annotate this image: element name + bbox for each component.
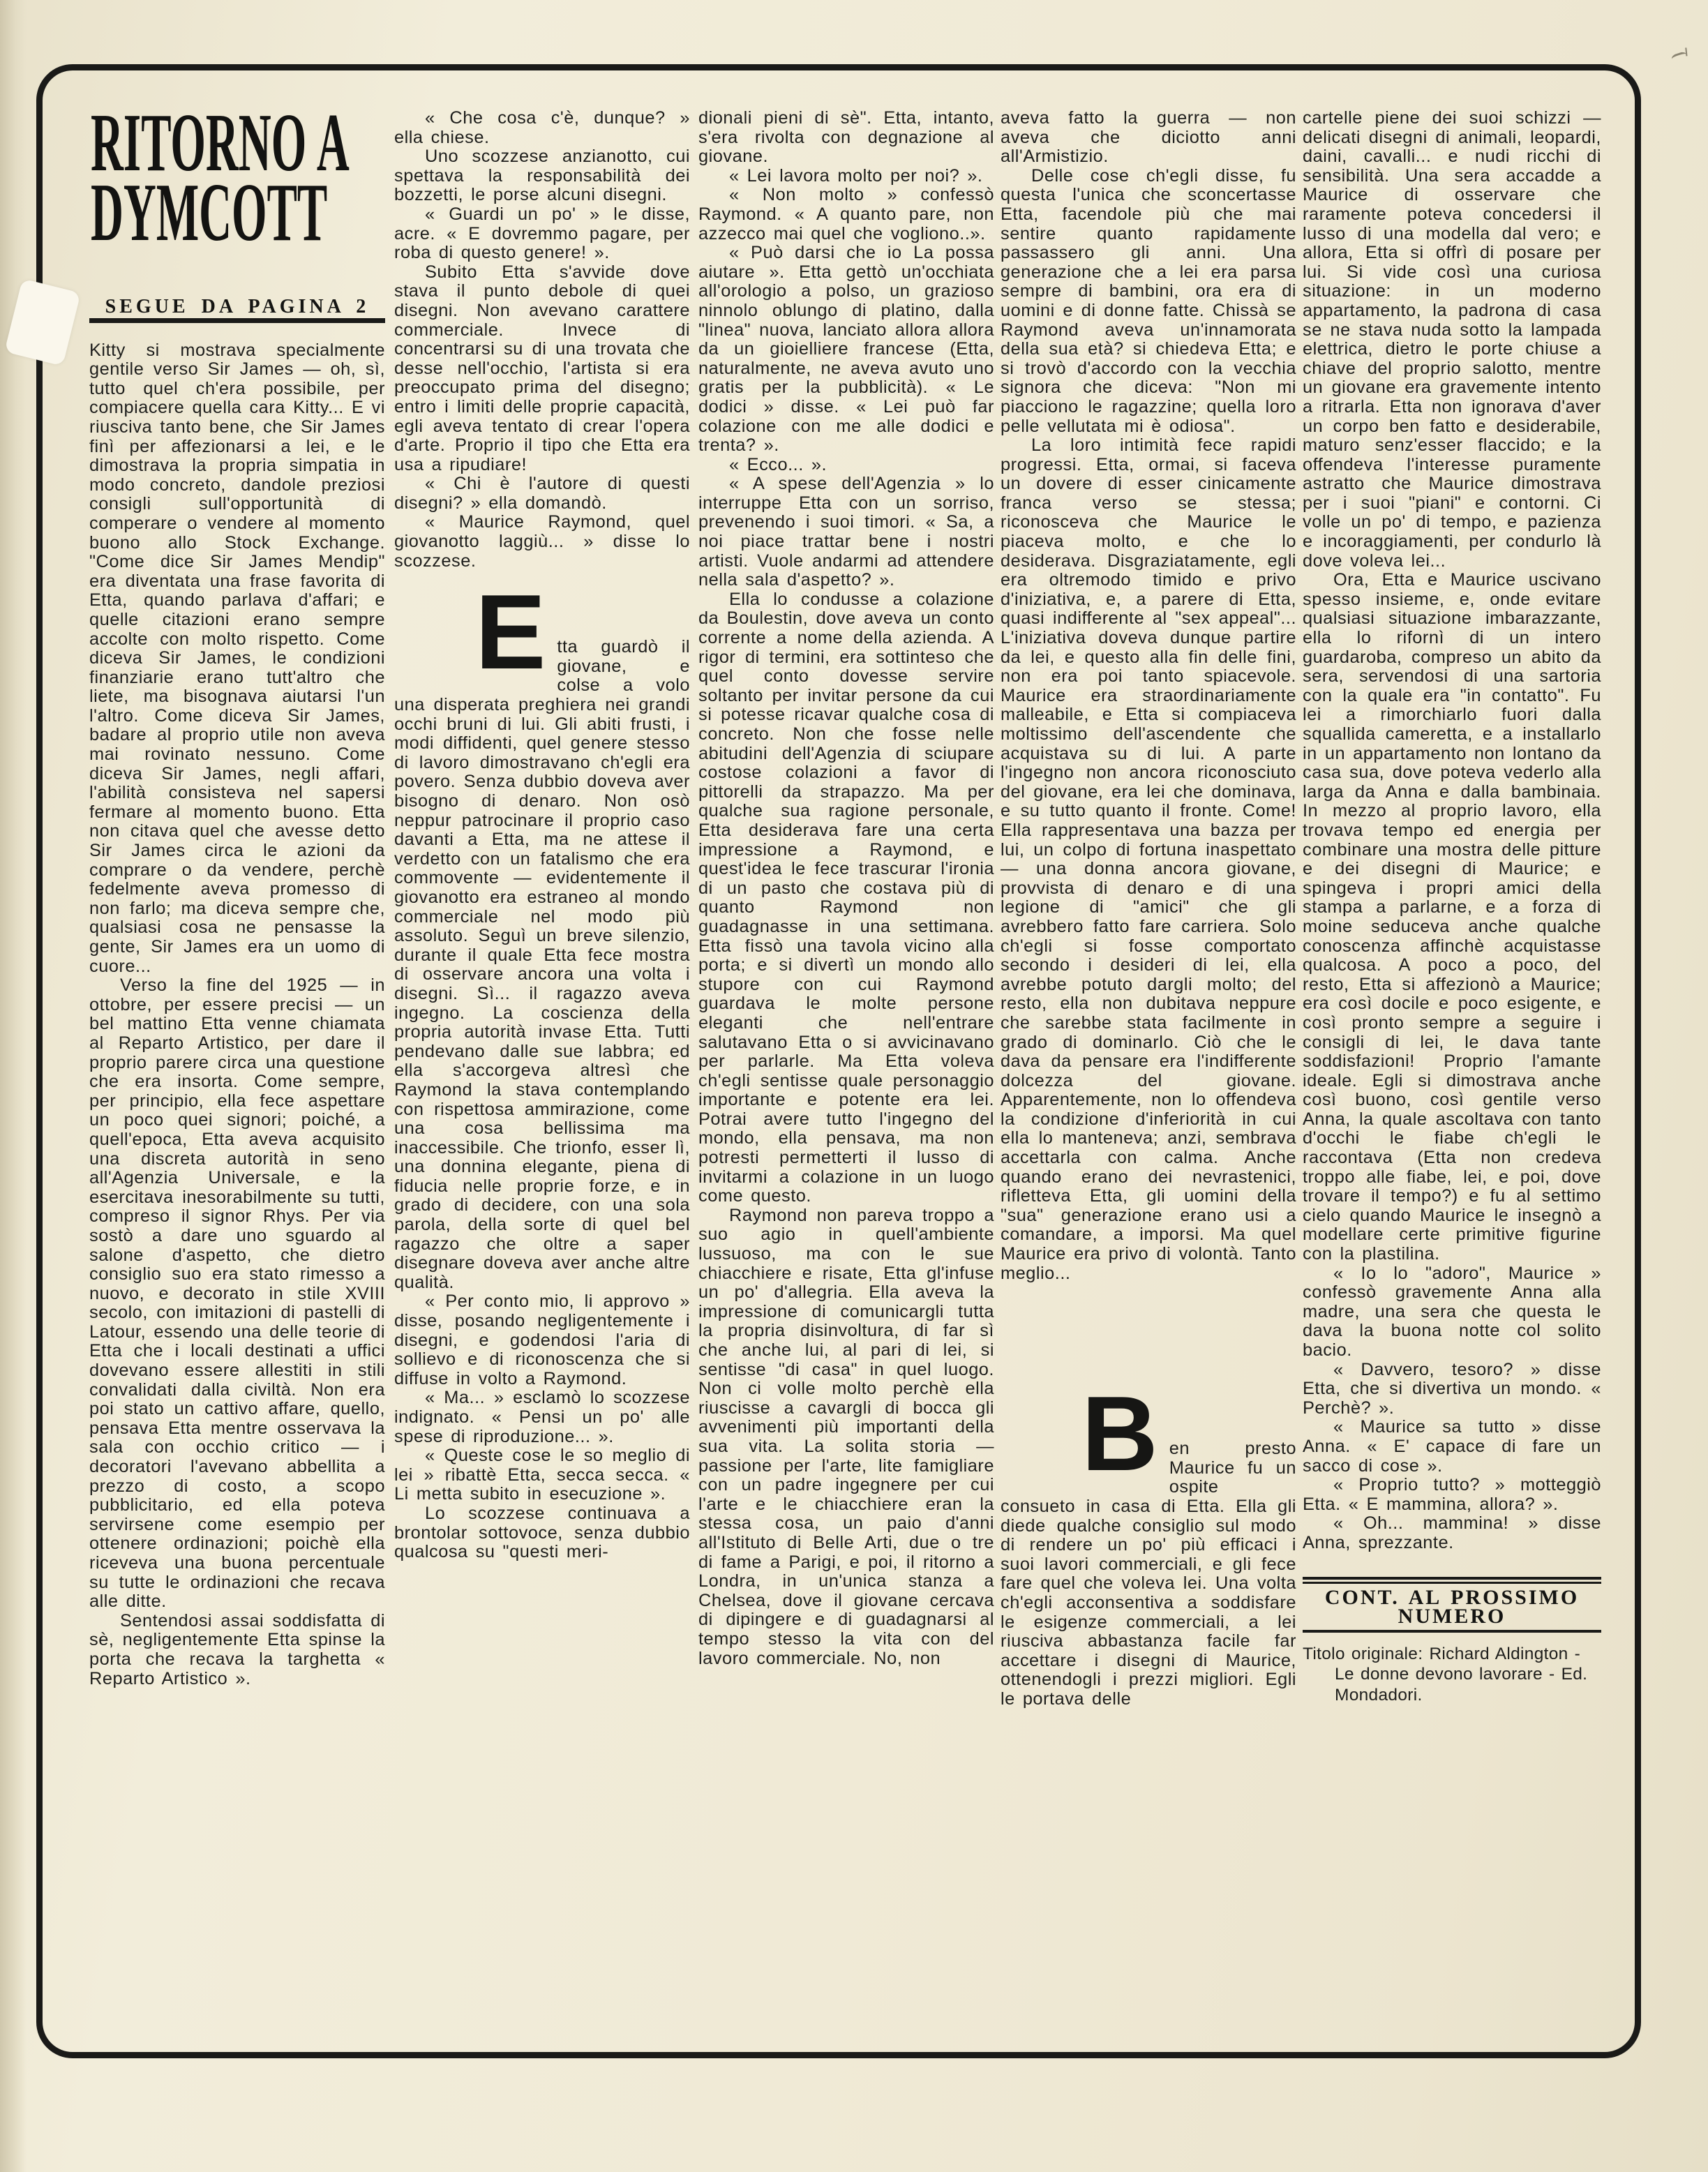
continuation-note-rule bbox=[89, 318, 385, 323]
paragraph: « Maurice sa tutto » disse Anna. « E' ca… bbox=[1303, 1418, 1601, 1476]
paragraph: Raymond non pareva troppo a suo agio in … bbox=[698, 1206, 994, 1668]
paragraph: « Maurice Raymond, quel giovanotto laggi… bbox=[394, 513, 690, 571]
paragraph: « Non molto » confessò Raymond. « A quan… bbox=[698, 186, 994, 244]
paragraph: « Chi è l'autore di questi disegni? » el… bbox=[394, 474, 690, 513]
footer-double-rule bbox=[1303, 1577, 1601, 1584]
paragraph: « Ma... » esclamò lo scozzese indignato.… bbox=[394, 1388, 690, 1446]
continuation-note: SEGUE DA PAGINA 2 bbox=[89, 297, 385, 323]
dropcap-letter: B bbox=[1081, 1381, 1158, 1420]
paragraph: « Ecco... ». bbox=[698, 456, 994, 475]
dropcap-paragraph: Ben presto Maurice fu un ospite consueto… bbox=[1001, 1439, 1296, 1709]
paragraph: Kitty si mostrava specialmente gentile v… bbox=[89, 341, 385, 977]
original-title-credit: Titolo originale: Richard Aldington - Le… bbox=[1303, 1644, 1601, 1706]
paragraph-text: tta guardò il giovane, e colse a volo un… bbox=[394, 637, 690, 1292]
paragraph: aveva fatto la guerra — non aveva che di… bbox=[1001, 109, 1296, 167]
text-column-1: RITORNO A DYMCOTT SEGUE DA PAGINA 2 Kitt… bbox=[89, 82, 385, 2018]
paragraph: La loro intimità fece rapidi progressi. … bbox=[1001, 436, 1296, 1283]
paragraph: Subito Etta s'avvide dove stava il punto… bbox=[394, 263, 690, 475]
continuation-footer-label: CONT. AL PROSSIMO NUMERO bbox=[1303, 1584, 1601, 1630]
article-footer: CONT. AL PROSSIMO NUMERO Titolo original… bbox=[1303, 1577, 1601, 1706]
paragraph: Delle cose ch'egli disse, fu questa l'un… bbox=[1001, 167, 1296, 436]
column-2-text-flow: « Che cosa c'è, dunque? » ella chiese.Un… bbox=[394, 109, 690, 1562]
column-4-text-flow: aveva fatto la guerra — non aveva che di… bbox=[1001, 109, 1296, 1709]
text-column-2: « Che cosa c'è, dunque? » ella chiese.Un… bbox=[394, 109, 690, 2018]
magazine-page: RITORNO A DYMCOTT SEGUE DA PAGINA 2 Kitt… bbox=[0, 0, 1708, 2172]
text-column-3: dionali pieni di sè". Etta, intanto, s'e… bbox=[698, 109, 994, 2018]
article-title: RITORNO A DYMCOTT bbox=[91, 106, 385, 246]
footer-rule bbox=[1303, 1630, 1601, 1633]
text-column-5: cartelle piene dei suoi schizzi — delica… bbox=[1303, 109, 1601, 2018]
text-column-4: aveva fatto la guerra — non aveva che di… bbox=[1001, 109, 1296, 2018]
paragraph: Uno scozzese anzianotto, cui spettava la… bbox=[394, 147, 690, 205]
paragraph: « Oh... mammina! » disse Anna, sprezzant… bbox=[1303, 1514, 1601, 1552]
continuation-note-label: SEGUE DA PAGINA 2 bbox=[89, 297, 385, 317]
column-1-text-flow: Kitty si mostrava specialmente gentile v… bbox=[89, 341, 385, 1689]
paragraph: Ella lo condusse a colazione da Boulesti… bbox=[698, 590, 994, 1206]
article-title-line-2: DYMCOTT bbox=[91, 176, 262, 250]
paragraph: « Queste cose le so meglio di lei » riba… bbox=[394, 1446, 690, 1504]
pen-mark-artifact bbox=[1671, 51, 1688, 64]
paragraph: Ora, Etta e Maurice uscivano spesso insi… bbox=[1303, 571, 1601, 1264]
paragraph: « Guardi un po' » le disse, acre. « E do… bbox=[394, 205, 690, 263]
column-3-text-flow: dionali pieni di sè". Etta, intanto, s'e… bbox=[698, 109, 994, 1668]
paragraph: « A spese dell'Agenzia » lo interruppe E… bbox=[698, 474, 994, 590]
paragraph: « Per conto mio, li approvo » disse, pos… bbox=[394, 1292, 690, 1388]
dropcap-letter: E bbox=[475, 579, 546, 618]
paragraph: Sentendosi assai soddisfatta di sè, negl… bbox=[89, 1612, 385, 1688]
paragraph: cartelle piene dei suoi schizzi — delica… bbox=[1303, 109, 1601, 571]
dropcap-paragraph: Etta guardò il giovane, e colse a volo u… bbox=[394, 638, 690, 1292]
paragraph: « Che cosa c'è, dunque? » ella chiese. bbox=[394, 109, 690, 147]
paragraph: « Io lo "adoro", Maurice » confessò grav… bbox=[1303, 1264, 1601, 1361]
paragraph: « Proprio tutto? » motteggiò Etta. « E m… bbox=[1303, 1476, 1601, 1514]
paragraph: Verso la fine del 1925 — in ottobre, per… bbox=[89, 976, 385, 1612]
paragraph: Lo scozzese continuava a brontolar sotto… bbox=[394, 1504, 690, 1562]
paragraph: « Può darsi che io La possa aiutare ». E… bbox=[698, 244, 994, 456]
column-5-text-flow: cartelle piene dei suoi schizzi — delica… bbox=[1303, 109, 1601, 1553]
paragraph: dionali pieni di sè". Etta, intanto, s'e… bbox=[698, 109, 994, 167]
paragraph: « Lei lavora molto per noi? ». bbox=[698, 167, 994, 186]
paragraph: « Davvero, tesoro? » disse Etta, che si … bbox=[1303, 1361, 1601, 1418]
